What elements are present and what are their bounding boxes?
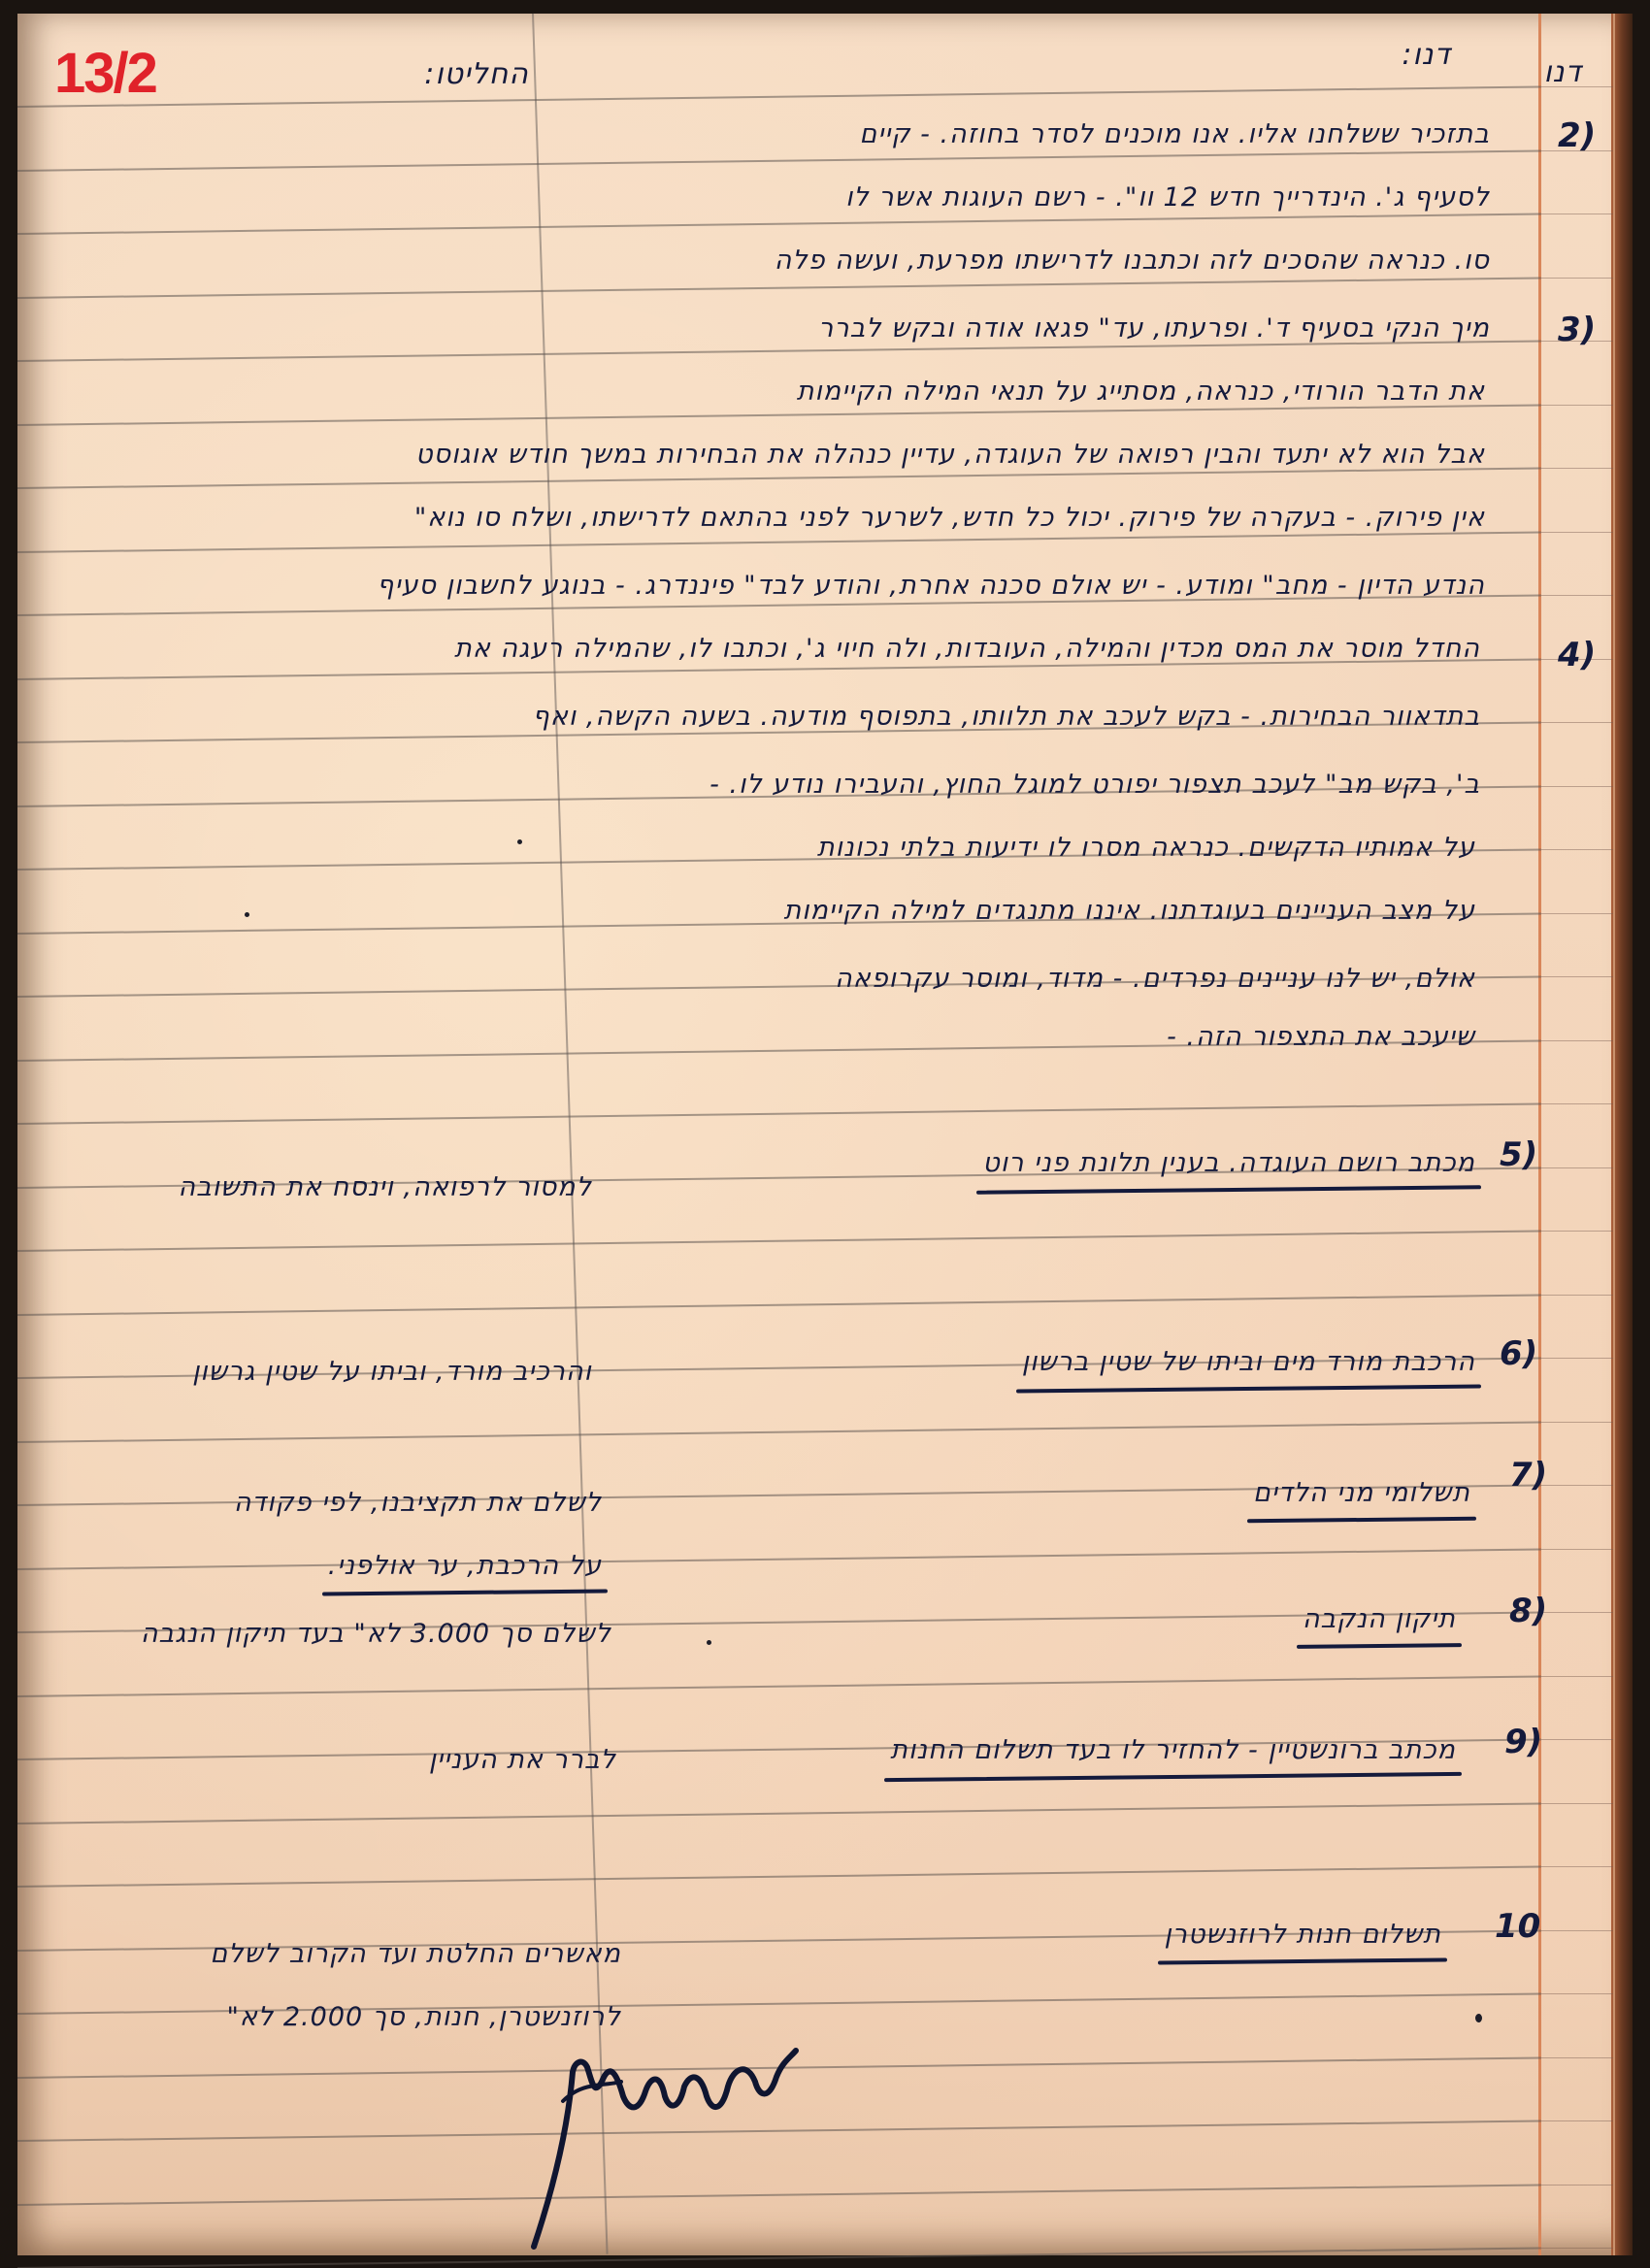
decided-header: החליטו: (424, 60, 529, 89)
ruled-line (17, 1548, 1541, 1570)
margin-ruled-line (1541, 786, 1613, 787)
body-line: ב', בקש מב" לעכב תצפור יפורט למוגל החוץ,… (709, 772, 1480, 798)
decision-7-line1: לשלם את תקציבנו, לפי פקודה (234, 1490, 602, 1516)
margin-ruled-line (1541, 2185, 1613, 2186)
margin-ruled-line (1541, 1485, 1613, 1486)
ink-speck (517, 839, 522, 844)
decision-5: למסור לרפואה, וינסח את התשובה (179, 1174, 593, 1200)
margin-ruled-line (1541, 1739, 1613, 1740)
margin-ruled-line (1541, 1103, 1613, 1104)
agenda-item-5: מכתב רושם העוגדה. בענין תלונת פני רוט (982, 1150, 1475, 1176)
item-number: 7) (1509, 1456, 1547, 1495)
ruled-line (17, 149, 1541, 172)
column-divider (532, 14, 609, 2254)
ruled-line (17, 1102, 1541, 1125)
body-line: אין פירוק. - בעקרה של פירוק. יכול כל חדש… (414, 505, 1485, 531)
ruled-line (17, 1421, 1541, 1443)
body-line: אבל הוא לא יתעד והבין רפואה של העוגדה, ע… (415, 442, 1485, 468)
agenda-item-10: תשלום חנות לרוזנשטרן (1164, 1922, 1441, 1948)
margin-ruled-line (1541, 722, 1613, 723)
body-line: שיעכב את התצפור הזה. - (1167, 1024, 1475, 1050)
margin-ruled-line (1541, 1358, 1613, 1359)
margin-ruled-line (1541, 1231, 1613, 1232)
ruled-line (17, 1230, 1541, 1252)
decision-9: לברר את העניין (429, 1747, 616, 1773)
body-line: על מצב העניינים בעוגדתנו. איננו מתנגדים … (783, 898, 1475, 924)
item-number: 5) (1500, 1135, 1537, 1174)
ruled-line (17, 213, 1541, 235)
ink-speck (1475, 2014, 1482, 2022)
body-line: לסעיף ג'. הינדרייך חדש 12 וו". - רשם העו… (845, 184, 1490, 211)
margin-ruled-line (1541, 1040, 1613, 1041)
body-line: החדל מוסר את המס מכדין והמילה, העובדות, … (454, 636, 1480, 662)
margin-ruled-line (1541, 278, 1613, 279)
item-number: 9) (1504, 1723, 1542, 1761)
margin-ruled-line (1541, 1803, 1613, 1804)
margin-ruled-line (1541, 468, 1613, 469)
ruled-line (17, 1865, 1541, 1888)
body-line: סו. כנראה שהסכים לזה וכתבנו לדרישתו מפרע… (775, 247, 1490, 274)
margin-ruled-line (1541, 1930, 1613, 1931)
body-line: בתזכיר ששלחנו אליו. אנו מוכנים לסדר בחוז… (859, 121, 1490, 148)
decision-7-line2: על הרכבת, ער אולפני. (328, 1553, 602, 1579)
agenda-item-8: תיקון הנקבה (1303, 1606, 1456, 1632)
margin-ruled-line (1541, 1866, 1613, 1867)
body-line: אולם, יש לנו עניינים נפרדים. - מדוד, ומו… (835, 966, 1475, 992)
body-line: את הדבר הורודי, כנראה, מסתייג על תנאי המ… (797, 378, 1485, 405)
ruled-line (17, 85, 1541, 108)
margin-ruled-line (1541, 976, 1613, 977)
margin-header: דנו (1543, 58, 1582, 87)
margin-ruled-line (1541, 405, 1613, 406)
item-number: 3) (1558, 311, 1596, 349)
margin-ruled-line (1541, 1295, 1613, 1296)
ruled-line (17, 277, 1541, 299)
signature (514, 2043, 835, 2256)
discussed-header: דנו: (1402, 41, 1451, 70)
margin-ruled-line (1541, 1422, 1613, 1423)
margin-ruled-line (1541, 595, 1613, 596)
agenda-item-7: תשלומי מני הלדים (1253, 1480, 1470, 1506)
item-number: 6) (1500, 1334, 1537, 1373)
margin-ruled-line (1541, 2120, 1613, 2121)
agenda-item-9: מכתב ברונשטיין - להחזיר לו בעד תשלום החנ… (890, 1737, 1456, 1763)
ruled-line (17, 1294, 1541, 1316)
ruled-line (17, 1802, 1541, 1824)
ruled-line (17, 467, 1541, 489)
margin-ruled-line (1541, 849, 1613, 850)
body-line: בתדאוור הבחירות. - בקש לעכב את תלוותו, ב… (533, 704, 1480, 730)
agenda-item-6: הרכבת מורד מים וביתו של שטין ברשון (1022, 1349, 1475, 1375)
ruled-line (17, 531, 1541, 553)
ink-speck (707, 1640, 711, 1645)
decision-7-line3: לשלם סך 3.000 לא" בעד תיקון הנגבה (141, 1621, 611, 1647)
margin-ruled-line (1541, 1612, 1613, 1613)
margin-ruled-line (1541, 1549, 1613, 1550)
margin-ruled-line (1541, 214, 1613, 214)
ruled-line (17, 404, 1541, 426)
decision-10-line2: לרוזנשטרן, חנות, סך 2.000 לא" (226, 2004, 621, 2030)
body-line: מיך הנקי בסעיף ד'. ופרעתו, עד" פגאו אודה… (818, 315, 1490, 342)
decision-6: והרכיב מורד, וביתו על שטין גרשון (192, 1359, 592, 1385)
margin-ruled-line (1541, 1167, 1613, 1168)
margin-ruled-line (1541, 2248, 1613, 2249)
margin-ruled-line (1541, 532, 1613, 533)
ink-speck (245, 912, 249, 917)
item-number: 2) (1558, 116, 1596, 155)
decision-10-line1: מאשרים החלטת ועד הקרוב לשלם (210, 1941, 621, 1967)
page-label: 13/2 (54, 41, 156, 106)
margin-ruled-line (1541, 913, 1613, 914)
margin-ruled-line (1541, 2057, 1613, 2058)
item-number: 8) (1509, 1592, 1547, 1630)
body-line: על אמותיו הדקשים. כנראה מסרו לו ידיעות ב… (817, 835, 1475, 861)
body-line: הנדע הדיון - מחב" ומודע. - יש אולם סכנה … (377, 573, 1485, 599)
margin-ruled-line (1541, 1993, 1613, 1994)
ruled-line (17, 1675, 1541, 1697)
margin-ruled-line (1541, 1676, 1613, 1677)
margin-red-rule-outer (1613, 14, 1615, 2255)
item-number: 4) (1558, 636, 1596, 674)
item-number: 10 (1495, 1907, 1540, 1946)
